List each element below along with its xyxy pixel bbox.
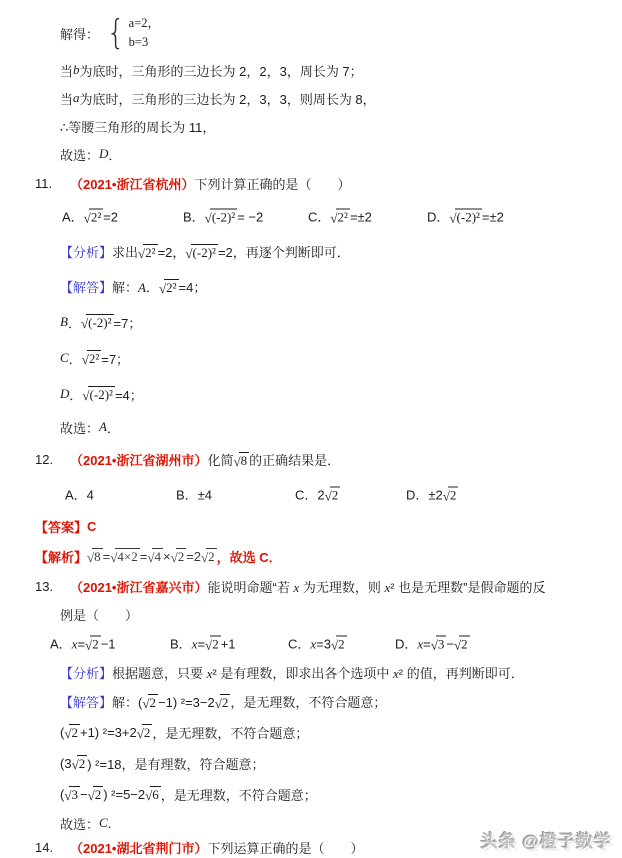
watermark-logo: 头条 @橙子数学 [481,827,612,852]
sqrt-radical: √(-2)² [185,244,218,260]
radical-sign: √ [325,490,332,504]
radical-sign: √ [84,212,91,226]
question-12-options-row: A．4 B．±4 C．2√2 D．±2√2 [35,476,596,512]
case-b: b=3 [129,33,160,52]
question-12-number: 12. [35,452,62,467]
sqrt-radical: √(-2)² [82,386,115,402]
sqrt-radical: √2² [84,209,104,225]
radical-sign: √ [431,639,438,653]
question-13-answer-line-2: (√2+1) ²=3+2√2，是无理数，不符合题意； [60,717,596,748]
radical-sign: √ [330,212,337,226]
question-14-stem: 下列运算正确的是（ ） [207,838,363,857]
question-11-analysis: 【分析】 求出√2²=2，√(-2)²=2，再逐个判断即可． [60,234,596,268]
explain-tail: ，故选 C． [217,547,282,566]
question-12-header: 12. （2021•浙江省湖州市） 化简√8的正确结果是． [35,442,596,476]
sqrt-radical: √4 [147,548,163,564]
question-13-answer-line-1: 【解答】 解：(√2−1) ²=3−2√2，是无理数，不符合题意； [60,686,596,717]
option-b: B．±4 [176,485,212,504]
sqrt-radical: √2 [205,636,221,652]
radical-sign: √ [64,727,71,741]
question-13-stem-line2: 例是（ ） [60,600,596,628]
radical-sign: √ [205,212,212,226]
option-b: B．x=√2+1 [170,634,236,653]
solution-line-sum: ∴等腰三角形的周长为 11， [60,112,596,140]
radical-sign: √ [145,789,152,803]
radical-sign: √ [159,282,166,296]
question-11-conclusion: 故选：A． [60,412,596,442]
question-13-answer-line-3: (3√2) ²=18，是有理数，符合题意； [60,748,596,779]
sqrt-radical: √(-2)² [205,209,238,225]
question-11-answer-line-c: C．√2²=7； [60,340,596,376]
radical-sign: √ [147,551,154,565]
radical-sign: √ [82,353,89,367]
analysis-text: 求出√2²=2，√(-2)²=2，再逐个判断即可． [112,242,350,261]
question-13-header: 13. （2021•浙江省嘉兴市） 能说明命题“若 x 为无理数，则 x² 也是… [35,572,596,600]
sqrt-radical: √8 [87,548,103,564]
analysis-text: 根据题意，只要 x² 是有理数，即求出各个选项中 x² 的值，再判断即可． [112,663,524,682]
sqrt-radical: √2 [88,786,104,802]
sqrt-radical: √4×2 [110,548,139,564]
radical-sign: √ [449,212,456,226]
option-a: A．√2²=2 [62,207,118,226]
question-11-answer-line-a: 【解答】 解：A．√2²=4； [60,268,596,304]
document-content: 解得： { a=2， b=3 当 b 为底时，三角形的三边长为 2，2，3，周长… [0,0,622,858]
option-b: B．√(-2)²= −2 [183,207,263,226]
radical-sign: √ [205,639,212,653]
answer-label: 【解答】 [60,692,112,711]
sqrt-radical: √(-2)² [449,209,482,225]
sqrt-radical: √2 [171,548,187,564]
sqrt-radical: √8 [234,452,250,468]
solve-result-line: 解得： { a=2， b=3 [60,10,596,56]
case-a: a=2， [129,14,160,33]
question-13-stem-line1: 能说明命题“若 x 为无理数，则 x² 也是无理数”是假命题的反 [207,577,545,596]
radical-sign: √ [81,317,88,331]
radical-sign: √ [87,551,94,565]
answer-text: 解：A．√2²=4； [112,277,206,296]
explain-label: 【解析】 [35,547,87,566]
question-11-source: （2021•浙江省杭州） [70,174,194,193]
sqrt-radical: √(-2)² [81,314,114,330]
sqrt-radical: √2 [215,694,231,710]
solution-conclusion-d: 故选：D． [60,140,596,168]
question-13-analysis: 【分析】 根据题意，只要 x² 是有理数，即求出各个选项中 x² 的值，再判断即… [60,658,596,686]
radical-sign: √ [110,551,117,565]
sqrt-radical: √3 [431,636,447,652]
radical-sign: √ [88,789,95,803]
radical-sign: √ [331,639,338,653]
sqrt-radical: √2² [82,350,102,366]
sqrt-radical: √2 [137,724,153,740]
sqrt-radical: √2 [72,755,88,771]
radical-sign: √ [72,758,79,772]
sqrt-radical: √2 [331,636,347,652]
question-13-options-row: A．x=√2−1 B．x=√2+1 C．x=3√2 D．x=√3−√2 [35,628,596,658]
question-14-number: 14. [35,840,62,855]
solution-line-case-a: 当 a 为底时，三角形的三边长为 2，3，3，则周长为 8， [60,84,596,112]
option-d: D．x=√3−√2 [395,634,470,653]
sqrt-radical: √2² [330,209,350,225]
option-a: A．x=√2−1 [50,634,116,653]
radical-sign: √ [138,247,145,261]
equation-cases: a=2， b=3 [129,14,160,52]
question-12-answer: 【答案】 C [35,512,596,540]
question-12-explanation: 【解析】 √8=√4×2=√4×√2=2√2 ，故选 C． [35,540,596,572]
question-12-source: （2021•浙江省湖州市） [70,450,207,469]
answer-label: 【答案】 [35,517,87,536]
option-c: C．√2²=±2 [308,207,372,226]
option-a: A．4 [65,485,94,504]
option-d: D．√(-2)²=±2 [427,207,504,226]
question-11-stem: 下列计算正确的是（ ） [194,174,350,193]
answer-label: 【解答】 [60,277,112,296]
radical-sign: √ [142,697,149,711]
sqrt-radical: √2 [85,636,101,652]
question-11-number: 11. [35,176,62,191]
sqrt-radical: √2 [64,724,80,740]
answer-text: 解：(√2−1) ²=3−2√2，是无理数，不符合题意； [112,692,386,711]
question-14-source: （2021•湖北省荆门市） [70,838,207,857]
radical-sign: √ [443,490,450,504]
answer-value: C [87,519,96,534]
radical-sign: √ [171,551,178,565]
document-page: 解得： { a=2， b=3 当 b 为底时，三角形的三边长为 2，2，3，周长… [0,0,622,858]
radical-sign: √ [454,639,461,653]
radical-sign: √ [64,789,71,803]
left-brace: { [107,16,125,50]
option-c: C．x=3√2 [288,634,347,653]
sqrt-radical: √2² [159,279,179,295]
sqrt-radical: √2 [201,548,217,564]
question-11-answer-line-d: D．√(-2)²=4； [60,376,596,412]
sqrt-radical: √3 [64,786,80,802]
solution-line-case-b: 当 b 为底时，三角形的三边长为 2，2，3，周长为 7； [60,56,596,84]
sqrt-radical: √2 [454,636,470,652]
option-c: C．2√2 [295,485,340,504]
explain-math: √8=√4×2=√4×√2=2√2 [87,548,217,564]
radical-sign: √ [201,551,208,565]
sqrt-radical: √2 [443,487,459,503]
radical-sign: √ [82,389,89,403]
radical-sign: √ [234,455,241,469]
radical-sign: √ [215,697,222,711]
question-12-stem: 化简√8的正确结果是． [207,450,340,469]
radical-sign: √ [137,727,144,741]
radical-sign: √ [85,639,92,653]
sqrt-radical: √6 [145,786,161,802]
sqrt-radical: √2 [142,694,158,710]
solve-label: 解得： [60,24,99,43]
analysis-label: 【分析】 [60,242,112,261]
radical-sign: √ [185,247,192,261]
question-13-number: 13. [35,579,62,594]
question-13-source: （2021•浙江省嘉兴市） [70,577,207,596]
sqrt-radical: √2 [325,487,341,503]
question-11-answer-line-b: B．√(-2)²=7； [60,304,596,340]
question-13-answer-line-4: (√3−√2) ²=5−2√6，是无理数，不符合题意； [60,779,596,810]
sqrt-radical: √2² [138,244,158,260]
question-11-header: 11. （2021•浙江省杭州） 下列计算正确的是（ ） [35,168,596,198]
option-d: D．±2√2 [406,485,458,504]
question-11-options-row: A．√2²=2 B．√(-2)²= −2 C．√2²=±2 D．√(-2)²=±… [35,198,596,234]
analysis-label: 【分析】 [60,663,112,682]
